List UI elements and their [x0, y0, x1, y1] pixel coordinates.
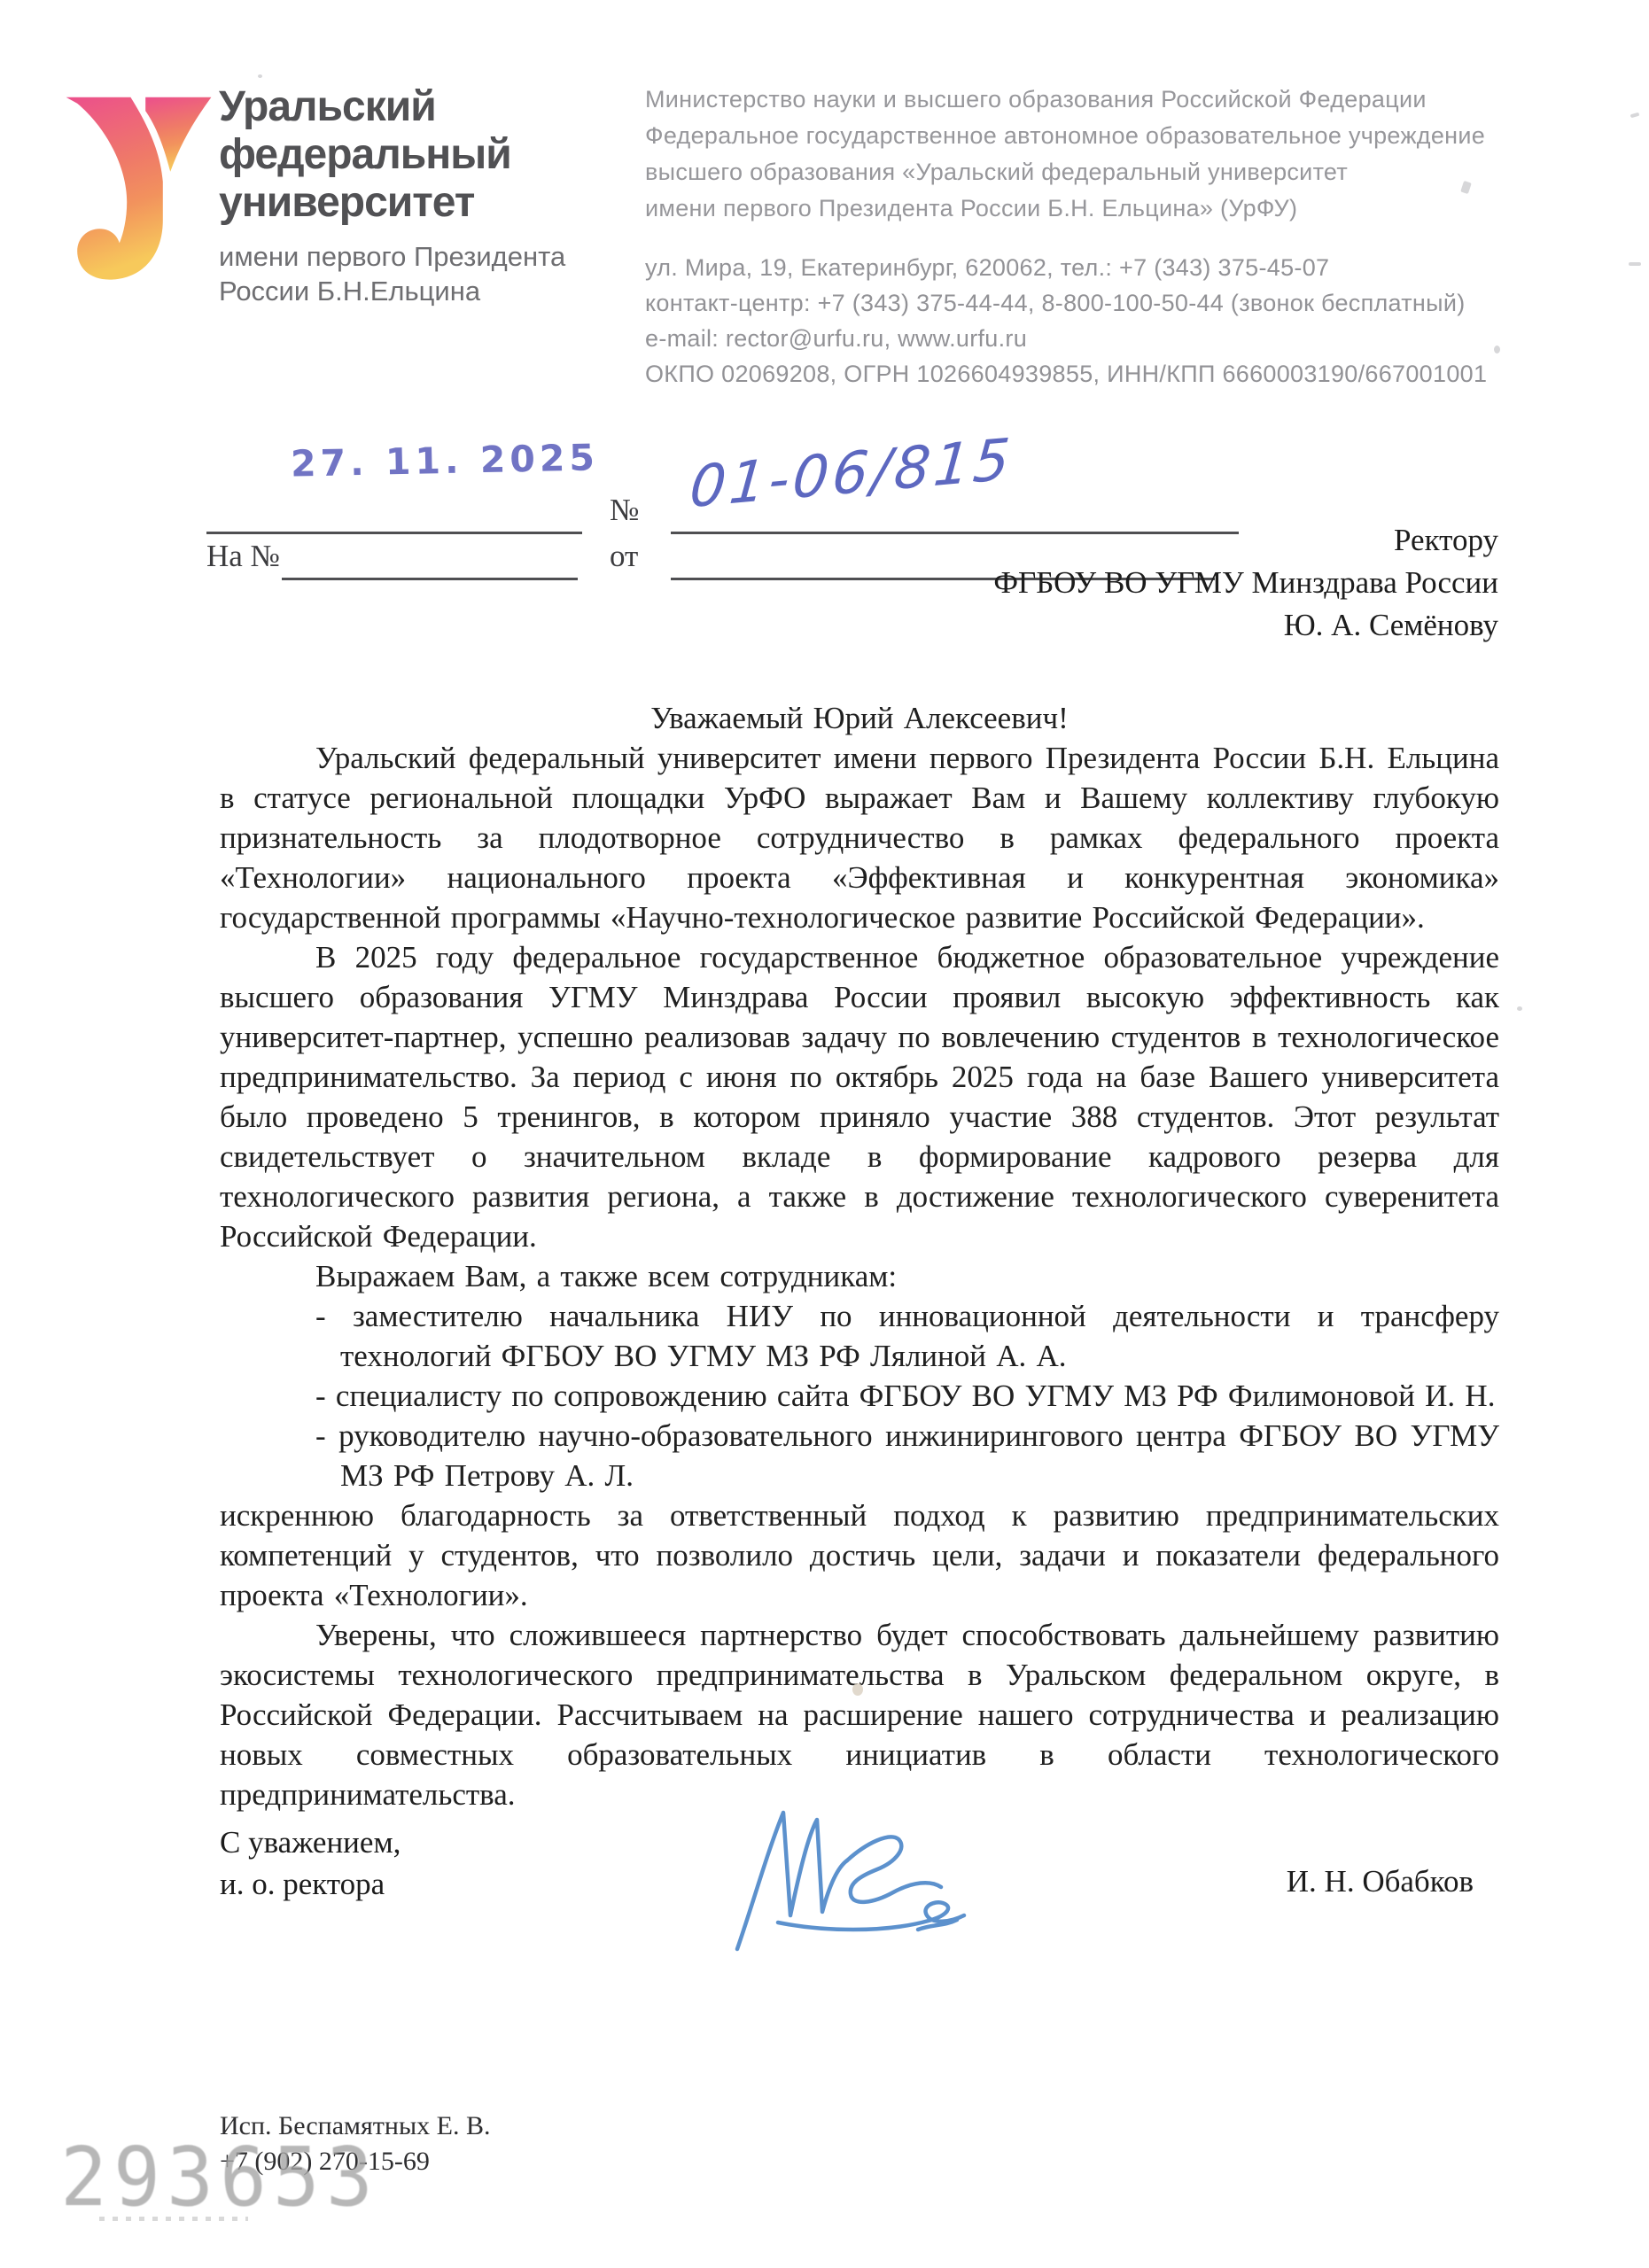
- university-name-line: Уральский: [219, 83, 511, 131]
- letter-page: Уральский федеральный университет имени …: [0, 0, 1649, 2268]
- scan-artifact: [852, 1683, 863, 1696]
- scan-smudge: [99, 2217, 248, 2221]
- list-item: - заместителю начальника НИУ по инноваци…: [340, 1296, 1499, 1376]
- handwritten-number: 01-06/815: [687, 427, 1015, 522]
- reply-number-line: [282, 578, 578, 580]
- university-subtitle: имени первого Президента России Б.Н.Ельц…: [219, 239, 565, 308]
- paragraph: В 2025 году федеральное государственное …: [220, 937, 1499, 1256]
- university-name: Уральский федеральный университет: [219, 83, 511, 227]
- university-name-line: федеральный: [219, 131, 511, 179]
- blank-line: [206, 532, 582, 534]
- recipient-block: Ректору ФГБОУ ВО УГМУ Минздрава России Ю…: [993, 519, 1498, 647]
- list-item: - специалисту по сопровождению сайта ФГБ…: [340, 1376, 1499, 1416]
- from-label: от: [610, 539, 638, 574]
- signature-autograph: [725, 1798, 982, 1962]
- university-name-line: университет: [219, 179, 511, 227]
- recipient-line: Ректору: [993, 519, 1498, 562]
- ministry-block: Министерство науки и высшего образования…: [645, 82, 1540, 227]
- letter-body: Уважаемый Юрий Алексеевич! Уральский фед…: [220, 698, 1499, 1814]
- university-subtitle-line: имени первого Президента: [219, 239, 565, 274]
- registration-number-stamp: 293653: [60, 2130, 379, 2225]
- reply-number-label: На №: [206, 539, 280, 574]
- recipient-line: ФГБОУ ВО УГМУ Минздрава России: [993, 562, 1498, 604]
- contact-line: ОКПО 02069208, ОГРН 1026604939855, ИНН/К…: [645, 356, 1540, 392]
- salutation: Уважаемый Юрий Алексеевич!: [220, 698, 1499, 738]
- scan-artifact: [1494, 346, 1500, 353]
- number-label: №: [610, 493, 639, 528]
- scan-artifact: [1517, 1006, 1522, 1011]
- urfu-logo: [55, 89, 216, 287]
- closing-block: С уважением, и. о. ректора: [220, 1821, 401, 1905]
- paragraph: Выражаем Вам, а также всем сотрудникам:: [220, 1256, 1499, 1296]
- university-subtitle-line: России Б.Н.Ельцина: [219, 274, 565, 308]
- closing-line: и. о. ректора: [220, 1863, 401, 1905]
- contact-block: ул. Мира, 19, Екатеринбург, 620062, тел.…: [645, 250, 1540, 392]
- scan-artifact: [258, 74, 262, 78]
- ministry-line: имени первого Президента России Б.Н. Ель…: [645, 190, 1540, 227]
- ministry-line: Федеральное государственное автономное о…: [645, 118, 1540, 154]
- list-item: - руководителю научно-образовательного и…: [340, 1416, 1499, 1495]
- signer-name: И. Н. Обабков: [1287, 1864, 1474, 1899]
- contact-line: e-mail: rector@urfu.ru, www.urfu.ru: [645, 321, 1540, 356]
- contact-line: контакт-центр: +7 (343) 375-44-44, 8-800…: [645, 285, 1540, 321]
- ministry-line: Министерство науки и высшего образования…: [645, 82, 1540, 118]
- contact-line: ул. Мира, 19, Екатеринбург, 620062, тел.…: [645, 250, 1540, 285]
- scan-artifact: [1629, 262, 1641, 266]
- date-stamp: 27. 11. 2025: [291, 436, 600, 485]
- scan-artifact: [1630, 113, 1640, 118]
- closing-line: С уважением,: [220, 1821, 401, 1863]
- paragraph: Уверены, что сложившееся партнерство буд…: [220, 1615, 1499, 1814]
- recipient-line: Ю. А. Семёнову: [993, 604, 1498, 647]
- paragraph: Уральский федеральный университет имени …: [220, 738, 1499, 937]
- ministry-line: высшего образования «Уральский федеральн…: [645, 154, 1540, 190]
- paragraph: искреннюю благодарность за ответственный…: [220, 1495, 1499, 1615]
- acknowledgement-list: - заместителю начальника НИУ по инноваци…: [220, 1296, 1499, 1495]
